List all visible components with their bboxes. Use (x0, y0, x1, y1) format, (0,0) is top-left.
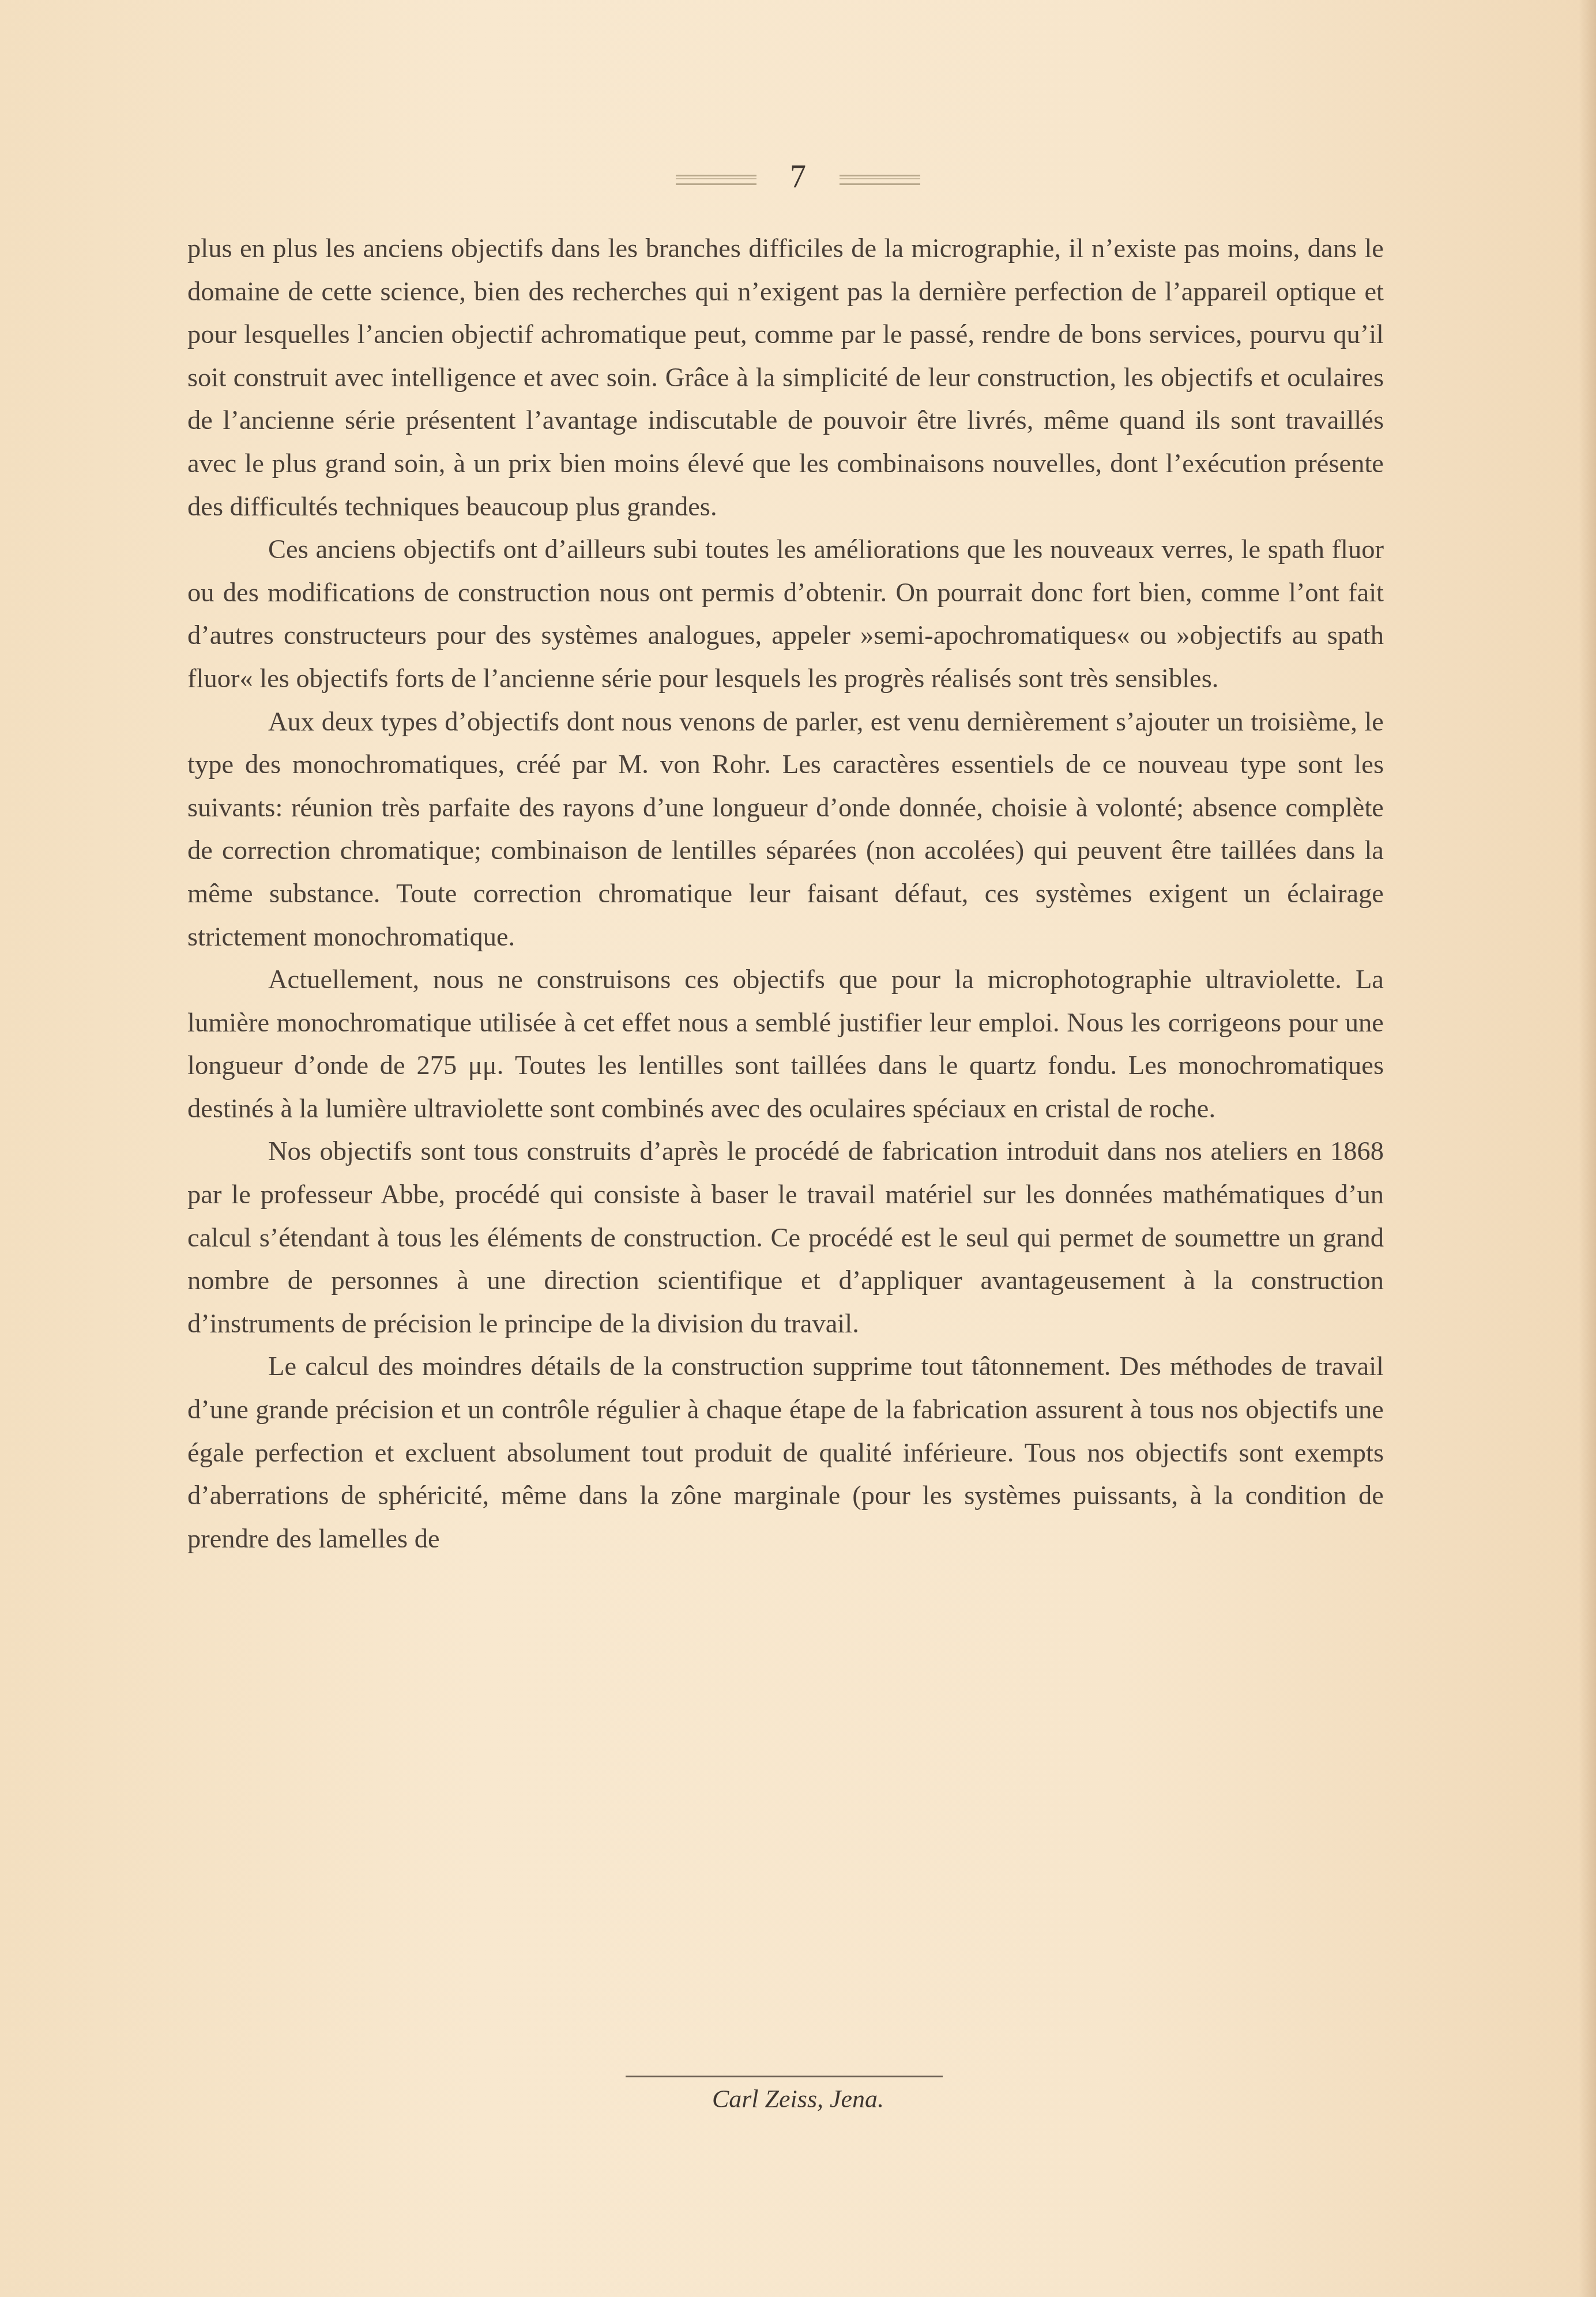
paragraph: Aux deux types d’objectifs dont nous ven… (187, 701, 1384, 959)
paragraph: plus en plus les anciens objectifs dans … (187, 228, 1384, 529)
scanned-page: 7 plus en plus les anciens objectifs dan… (0, 0, 1596, 2297)
paragraph: Ces anciens objectifs ont d’ailleurs sub… (187, 529, 1384, 701)
paragraph: Le calcul des moindres détails de la con… (187, 1346, 1384, 1561)
page-edge-shadow (1579, 0, 1596, 2297)
body-text: plus en plus les anciens objectifs dans … (187, 228, 1384, 1561)
page-number: 7 (790, 159, 806, 195)
paragraph: Actuellement, nous ne construisons ces o… (187, 959, 1384, 1131)
publisher-footer: Carl Zeiss, Jena. (0, 2084, 1596, 2114)
paragraph: Nos objectifs sont tous construits d’apr… (187, 1131, 1384, 1346)
page-header: 7 (0, 159, 1596, 195)
footer-rule (626, 2076, 943, 2077)
header-rule-left (676, 175, 756, 185)
header-rule-right (840, 175, 920, 185)
